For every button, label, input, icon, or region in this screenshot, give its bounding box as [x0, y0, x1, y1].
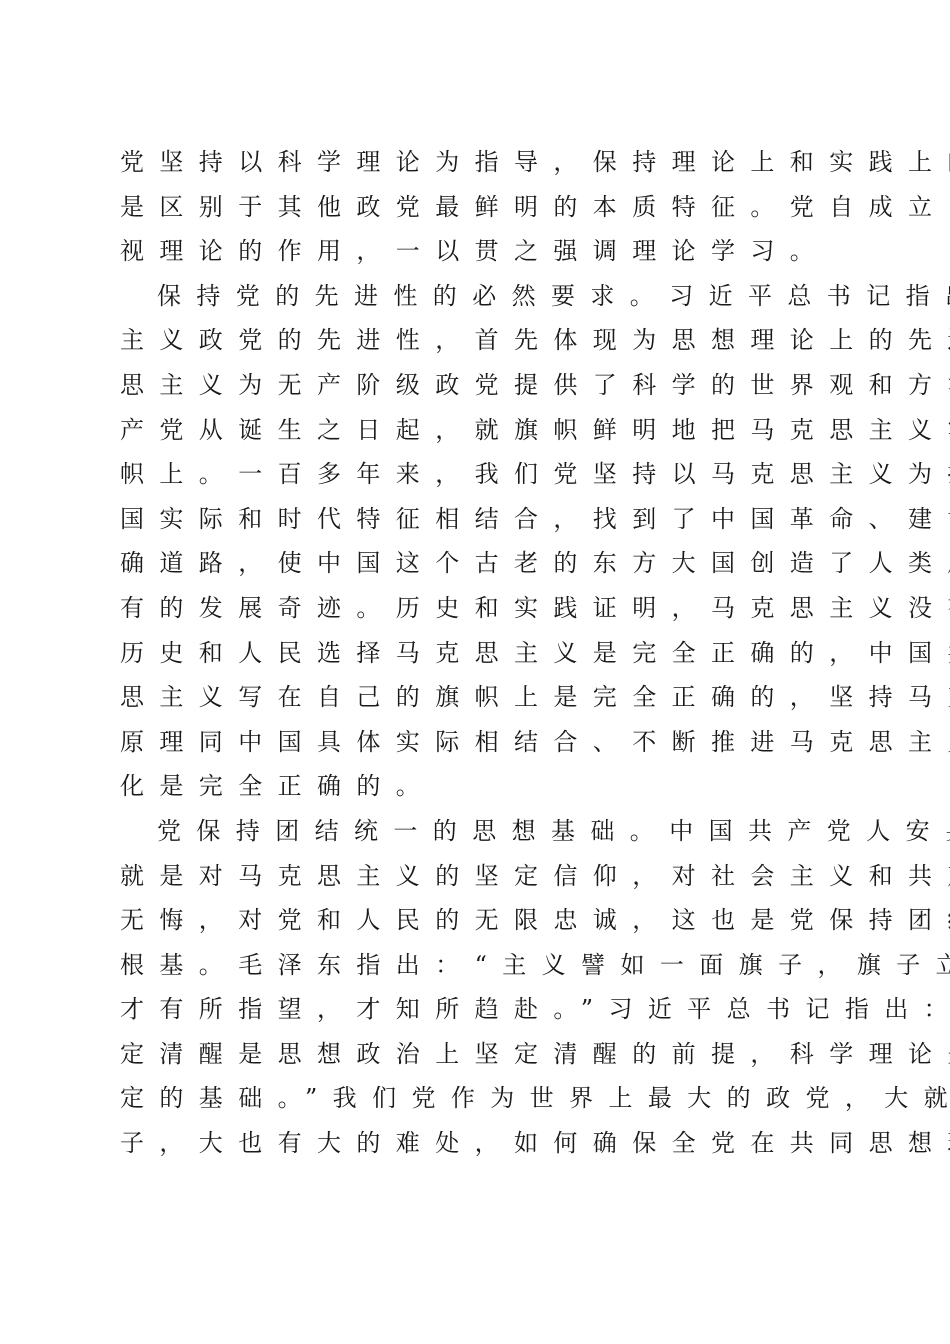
text-line: 主义政党的先进性，首先体现为思想理论上的先进性。”马克 — [120, 318, 880, 363]
text-line: 产党从诞生之日起，就旗帜鲜明地把马克思主义写在自己的旗 — [120, 408, 880, 453]
text-line: 是区别于其他政党最鲜明的本质特征。党自成立以来，始终重 — [120, 185, 880, 230]
text-line: 思主义为无产阶级政党提供了科学的世界观和方法论。中国共 — [120, 363, 880, 408]
document-page: 党坚持以科学理论为指导，保持理论上和实践上的先进性，这 是区别于其他政党最鲜明的… — [0, 0, 950, 1344]
text-line: 化是完全正确的。 — [120, 764, 880, 809]
text-line: 就是对马克思主义的坚定信仰，对社会主义和共产主义的执着 — [120, 854, 880, 899]
text-line: 定清醒是思想政治上坚定清醒的前提，科学理论是理想信念坚 — [120, 1032, 880, 1077]
text-line: 原理同中国具体实际相结合、不断推进马克思主义中国化时代 — [120, 720, 880, 765]
text-line: 帜上。一百多年来，我们党坚持以马克思主义为指导，并同中 — [120, 452, 880, 497]
text-line: 视理论的作用，一以贯之强调理论学习。 — [120, 229, 880, 274]
text-line: 国实际和时代特征相结合，找到了中国革命、建设、改革的正 — [120, 497, 880, 542]
text-line: 思主义写在自己的旗帜上是完全正确的，坚持马克思主义基本 — [120, 675, 880, 720]
text-line: 保持党的先进性的必然要求。习近平总书记指出：“马克思 — [120, 274, 880, 319]
text-line: 历史和人民选择马克思主义是完全正确的，中国共产党把马克 — [120, 631, 880, 676]
document-body: 党坚持以科学理论为指导，保持理论上和实践上的先进性，这 是区别于其他政党最鲜明的… — [120, 140, 880, 1166]
text-line: 党保持团结统一的思想基础。中国共产党人安身立命的根本， — [120, 809, 880, 854]
text-line: 根基。毛泽东指出：“主义譬如一面旗子，旗子立起了，大家 — [120, 943, 880, 988]
text-line: 定的基础。”我们党作为世界上最大的政党，大就要有大的样 — [120, 1076, 880, 1121]
text-line: 才有所指望，才知所趋赴。”习近平总书记指出：“理论上坚 — [120, 987, 880, 1032]
text-line: 确道路，使中国这个古老的东方大国创造了人类历史上前所未 — [120, 541, 880, 586]
text-line: 党坚持以科学理论为指导，保持理论上和实践上的先进性，这 — [120, 140, 880, 185]
text-line: 子，大也有大的难处，如何确保全党在共同思想理论基础上的 — [120, 1121, 880, 1166]
text-line: 有的发展奇迹。历史和实践证明，马克思主义没有辜负中国， — [120, 586, 880, 631]
paragraph-1: 党坚持以科学理论为指导，保持理论上和实践上的先进性，这 是区别于其他政党最鲜明的… — [120, 140, 880, 274]
paragraph-3: 党保持团结统一的思想基础。中国共产党人安身立命的根本， 就是对马克思主义的坚定信… — [120, 809, 880, 1166]
text-line: 无悔，对党和人民的无限忠诚，这也是党保持团结统一的思想 — [120, 898, 880, 943]
paragraph-2: 保持党的先进性的必然要求。习近平总书记指出：“马克思 主义政党的先进性，首先体现… — [120, 274, 880, 809]
